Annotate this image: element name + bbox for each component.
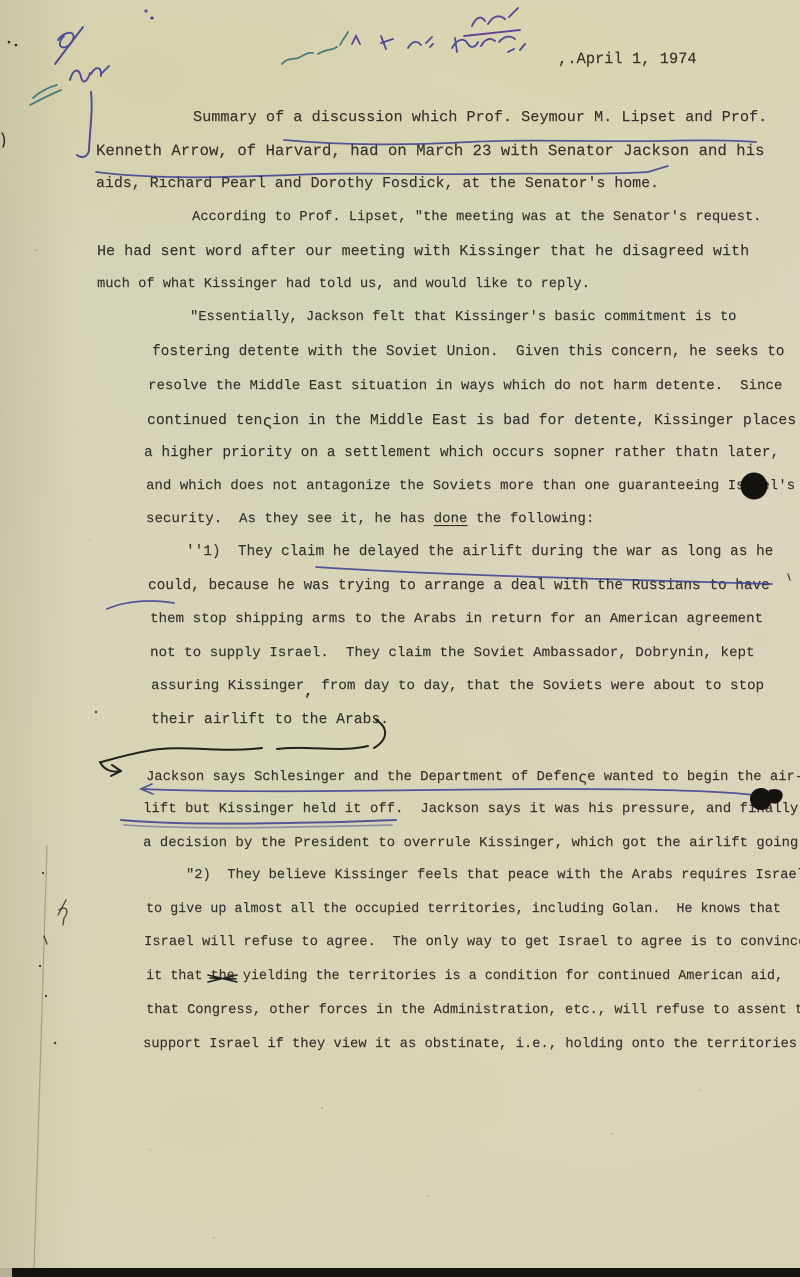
document-line: Kenneth Arrow, of Harvard, had on March … xyxy=(96,142,764,160)
document-line: resolve the Middle East situation in way… xyxy=(148,378,782,394)
document-line: it that the yielding the territories is … xyxy=(146,969,783,984)
document-line: continued tenςion in the Middle East is … xyxy=(147,411,796,430)
document-line: support Israel if they view it as obstin… xyxy=(143,1037,800,1053)
document-line: Jackson says Schlesinger and the Departm… xyxy=(146,768,800,786)
document-line: lift but Kissinger held it off. Jackson … xyxy=(143,801,798,817)
scan-edge-stub xyxy=(0,1268,12,1277)
document-line: Israel will refuse to agree. The only wa… xyxy=(144,935,800,951)
document-line: According to Prof. Lipset, "the meeting … xyxy=(192,210,761,226)
document-line: could, because he was trying to arrange … xyxy=(148,578,770,595)
document-line: much of what Kissinger had told us, and … xyxy=(97,277,590,293)
scan-edge-bar xyxy=(12,1268,800,1277)
document-line: "Essentially, Jackson felt that Kissinge… xyxy=(190,310,736,326)
document-line: not to supply Israel. They claim the Sov… xyxy=(150,645,755,661)
document-line: aids, Richard Pearl and Dorothy Fosdick,… xyxy=(96,176,659,193)
document-line: a higher priority on a settlement which … xyxy=(144,445,779,462)
document-line: and which does not antagonize the Soviet… xyxy=(146,478,795,494)
document-line: Summary of a discussion which Prof. Seym… xyxy=(193,109,767,126)
document-line: He had sent word after our meeting with … xyxy=(97,243,749,260)
document-line: "2) They believe Kissinger feels that pe… xyxy=(186,868,800,884)
document-body: Summary of a discussion which Prof. Seym… xyxy=(0,0,800,1277)
document-line: ''1) They claim he delayed the airlift d… xyxy=(186,544,773,561)
scanned-document-page: ,.April 1, 1974 Summary of a discussion … xyxy=(0,0,800,1277)
document-line: their airlift to the Arabs. xyxy=(151,712,389,729)
document-line: assuring Kissinger, from day to day, tha… xyxy=(151,678,764,694)
document-line: them stop shipping arms to the Arabs in … xyxy=(150,611,763,627)
document-line: to give up almost all the occupied terri… xyxy=(146,902,781,917)
document-line: that Congress, other forces in the Admin… xyxy=(146,1003,800,1019)
document-line: fostering detente with the Soviet Union.… xyxy=(152,344,784,361)
document-line: a decision by the President to overrule … xyxy=(143,835,800,851)
document-line: security. As they see it, he has done th… xyxy=(146,511,594,527)
